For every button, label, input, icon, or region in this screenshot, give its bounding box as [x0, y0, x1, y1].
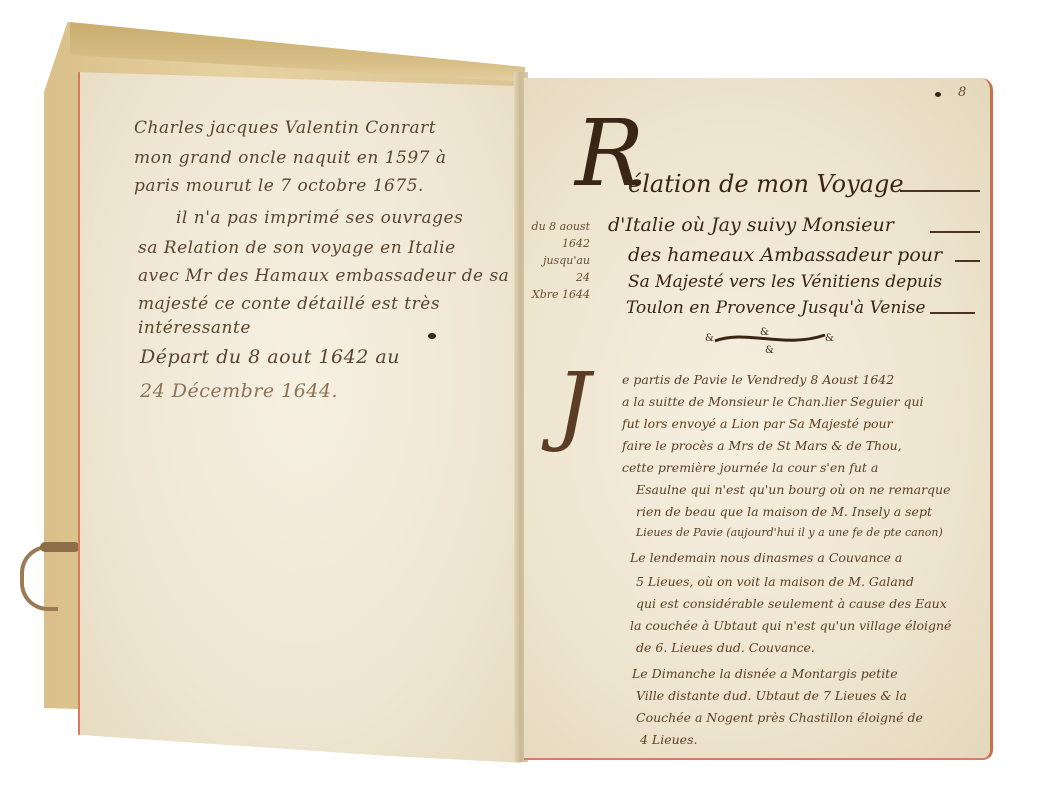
note-line: Charles jacques Valentin Conrart — [134, 118, 436, 138]
title-rule — [930, 312, 975, 314]
margin-date-note: du 8 aoust 1642 jusqu'au 24 Xbre 1644 — [530, 218, 590, 303]
body-line: de 6. Lieues dud. Couvance. — [636, 640, 815, 655]
ink-mark — [935, 92, 941, 97]
departure-line: Départ du 8 aout 1642 au — [140, 346, 400, 368]
svg-text:&: & — [765, 345, 774, 353]
title-line: d'Italie où Jay suivy Monsieur — [608, 214, 894, 236]
svg-text:&: & — [825, 333, 834, 344]
svg-text:&: & — [760, 327, 769, 338]
note-line: intéressante — [138, 318, 251, 338]
body-line: qui est considérable seulement à cause d… — [636, 596, 947, 611]
svg-text:&: & — [705, 333, 714, 344]
departure-line: 24 Décembre 1644. — [140, 380, 338, 402]
manuscript-photo: Charles jacques Valentin Conrart mon gra… — [0, 0, 1041, 800]
margin-note-line: 1642 — [530, 235, 590, 252]
note-line: paris mourut le 7 octobre 1675. — [134, 176, 424, 196]
body-line: e partis de Pavie le Vendredy 8 Aoust 16… — [622, 372, 894, 387]
body-line: Le lendemain nous dinasmes a Couvance a — [630, 550, 902, 565]
body-line: 4 Lieues. — [640, 732, 697, 747]
page-number: 8 — [958, 85, 966, 100]
title-line: Sa Majesté vers les Vénitiens depuis — [628, 272, 942, 292]
body-line: Lieues de Pavie (aujourd'hui il y a une … — [636, 526, 943, 539]
title-rule — [930, 231, 980, 233]
binding-string-loop — [20, 545, 58, 611]
note-line: il n'a pas imprimé ses ouvrages — [176, 208, 463, 228]
body-line: Le Dimanche la disnée a Montargis petite — [632, 666, 898, 681]
body-line: Ville distante dud. Ubtaut de 7 Lieues &… — [636, 688, 907, 703]
title-rule — [955, 260, 980, 262]
note-line: mon grand oncle naquit en 1597 à — [134, 148, 447, 168]
note-line: sa Relation de son voyage en Italie — [138, 238, 456, 258]
note-line: avec Mr des Hamaux embassadeur de sa — [138, 266, 509, 286]
title-line: Toulon en Provence Jusqu'à Venise — [626, 298, 926, 318]
binding-string-knot — [40, 542, 80, 552]
body-line: Esaulne qui n'est qu'un bourg où on ne r… — [636, 482, 951, 497]
margin-note-line: du 8 aoust — [530, 218, 590, 235]
body-line: la couchée à Ubtaut qui n'est qu'un vill… — [630, 618, 951, 633]
title-line: des hameaux Ambassadeur pour — [628, 244, 942, 266]
body-line: fut lors envoyé a Lion par Sa Majesté po… — [622, 416, 893, 431]
body-line: Couchée a Nogent près Chastillon éloigné… — [636, 710, 923, 725]
body-line: faire le procès a Mrs de St Mars & de Th… — [622, 438, 902, 453]
body-line: a la suitte de Monsieur le Chan.lier Seg… — [622, 394, 924, 409]
body-line: 5 Lieues, où on voit la maison de M. Gal… — [636, 574, 914, 589]
body-line: rien de beau que la maison de M. Insely … — [636, 504, 932, 519]
note-line: majesté ce conte détaillé est très — [138, 294, 440, 314]
body-drop-cap: J — [556, 362, 590, 448]
title-line: élation de mon Voyage — [628, 170, 904, 198]
ink-blot — [428, 333, 436, 339]
body-line: cette première journée la cour s'en fut … — [622, 460, 878, 475]
title-rule — [900, 190, 980, 192]
margin-note-line: jusqu'au 24 — [530, 252, 590, 286]
margin-note-line: Xbre 1644 — [530, 286, 590, 303]
decorative-flourish: & & & & — [705, 325, 835, 353]
